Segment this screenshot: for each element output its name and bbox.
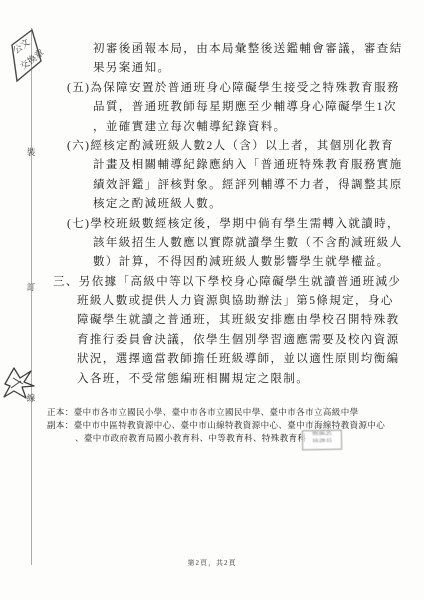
doc-line: 狀況，選擇適當教師擔任班級導師，並以適性原則均衡編 [77,350,403,369]
exchange-stamp-line2: 16:28:15 [303,438,341,446]
doc-line: 初審後函報本局，由本局彙整後送鑑輔會審議，審查結 [93,40,403,59]
page-number-label: 第2頁，共2頁 [0,558,424,568]
doc-line: 品質，普通班教師每星期應至少輔導身心障礙學生1次 [93,98,403,117]
doc-line: (五)為保障安置於普通班身心障礙學生接受之特殊教育服務 [67,79,403,98]
scanned-official-document-page: 裝 訂 線 公文 交換章 初審後函報本局，由本局彙整後送鑑輔會審議，審查結 果另… [0,0,424,600]
doc-line: 育推行委員會決議，依學生個別學習適應需要及校內資源 [77,331,403,350]
doc-line: 障礙學生就讀之普通班，其班級安排應由學校召開特殊教 [77,311,403,330]
doc-line: ，並確實建立每次輔導紀錄資料。 [93,118,403,137]
exchange-timestamp-stamp: 99.06.25 16:28:15 [302,430,342,451]
doc-line: 績效評鑑」評核對象。經評列輔導不力者，得調整其原 [93,176,403,195]
doc-line: (七)學校班級數經核定後，學期中倘有學生需轉入就讀時， [67,215,403,234]
doc-line: 核定之酌減班級人數。 [93,195,403,214]
original-recipients: 正本：臺中市各市立國民小學、臺中市各市立國民中學、臺中市各市立高級中學 [47,406,385,419]
doc-line: 三、另依據「高級中等以下學校身心障礙學生就讀普通班減少 [53,273,403,292]
document-body: 初審後函報本局，由本局彙整後送鑑輔會審議，審查結 果另案通知。 (五)為保障安置… [0,40,403,389]
doc-line: 數）計算，不得因酌減班級人數影響學生就學權益。 [93,253,403,272]
doc-line: 班級人數或提供人力資源與協助辦法」第5條規定，身心 [77,292,403,311]
doc-line: 計畫及相關輔導紀錄應納入「普通班特殊教育服務實施 [93,156,403,175]
doc-line: 果另案通知。 [93,59,403,78]
doc-line: 入各班，不受常態編班相關規定之限制。 [77,370,403,389]
doc-line: (六)經核定酌減班級人數2人（含）以上者，其個別化教育 [67,137,403,156]
doc-line: 該年級招生人數應以實際就讀學生數（不含酌減班級人 [93,234,403,253]
